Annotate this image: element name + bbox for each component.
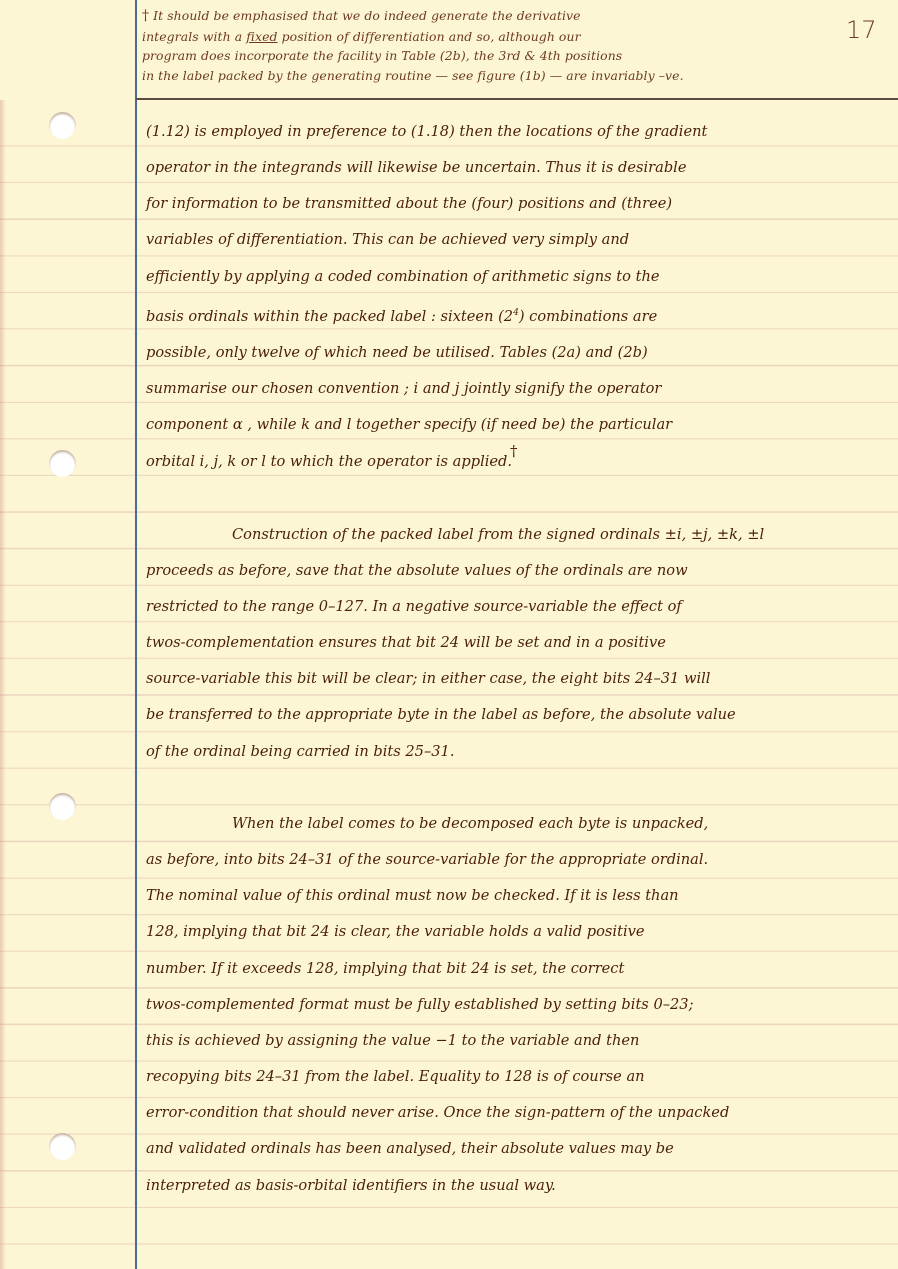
text-line: component α , while k and l together spe… [146,407,886,443]
text-line: The nominal value of this ordinal must n… [146,878,886,914]
text-line: twos-complementation ensures that bit 24… [146,625,886,661]
text-line: interpreted as basis-orbital identifiers… [146,1168,886,1204]
dagger-icon: † [510,442,518,460]
text-line: number. If it exceeds 128, implying that… [146,951,886,987]
punch-hole-1 [49,112,76,139]
text-line: 128, implying that bit 24 is clear, the … [146,914,886,950]
punch-hole-4 [49,1133,76,1160]
text-line: and validated ordinals has been analysed… [146,1131,886,1167]
text-line: basis ordinals within the packed label :… [146,295,886,335]
text-line: Construction of the packed label from th… [146,517,886,553]
text-line: of the ordinal being carried in bits 25–… [146,734,886,770]
text-line: summarise our chosen convention ; i and … [146,371,886,407]
text-line: be transferred to the appropriate byte i… [146,697,886,733]
paragraph-3: When the label comes to be decomposed ea… [146,806,886,1204]
text-line: possible, only twelve of which need be u… [146,335,886,371]
text-line: recopying bits 24–31 from the label. Equ… [146,1059,886,1095]
text-line: for information to be transmitted about … [146,186,886,222]
emphasis-fixed: fixed [246,29,277,44]
text-line: this is achieved by assigning the value … [146,1023,886,1059]
footnote-line: †It should be emphasised that we do inde… [142,6,832,27]
text-line: variables of differentiation. This can b… [146,222,886,258]
text-line: (1.12) is employed in preference to (1.1… [146,114,886,150]
punch-hole-2 [49,450,76,477]
dagger-icon: † [142,8,149,24]
paragraph-1: (1.12) is employed in preference to (1.1… [146,114,886,481]
text-line: orbital i, j, k or l to which the operat… [146,443,886,480]
footnote-line: program does incorporate the facility in… [142,46,832,66]
notebook-page: 17 †It should be emphasised that we do i… [0,0,898,1269]
page-number: 17 [846,16,877,44]
text-line: operator in the integrands will likewise… [146,150,886,186]
footnote-line: in the label packed by the generating ro… [142,66,832,86]
body-text: (1.12) is employed in preference to (1.1… [146,114,886,1204]
text-line: restricted to the range 0–127. In a nega… [146,589,886,625]
margin-rule [135,0,137,1269]
paragraph-2: Construction of the packed label from th… [146,517,886,770]
text-line: efficiently by applying a coded combinat… [146,259,886,295]
text-line: twos-complemented format must be fully e… [146,987,886,1023]
punch-hole-3 [49,793,76,820]
text-line: When the label comes to be decomposed ea… [146,806,886,842]
text-line: as before, into bits 24–31 of the source… [146,842,886,878]
text-line: source-variable this bit will be clear; … [146,661,886,697]
footnote-divider [136,98,898,100]
footnote-line: integrals with a fixed position of diffe… [142,27,832,47]
text-line: proceeds as before, save that the absolu… [146,553,886,589]
footnote: †It should be emphasised that we do inde… [142,6,832,85]
text-line: error-condition that should never arise.… [146,1095,886,1131]
